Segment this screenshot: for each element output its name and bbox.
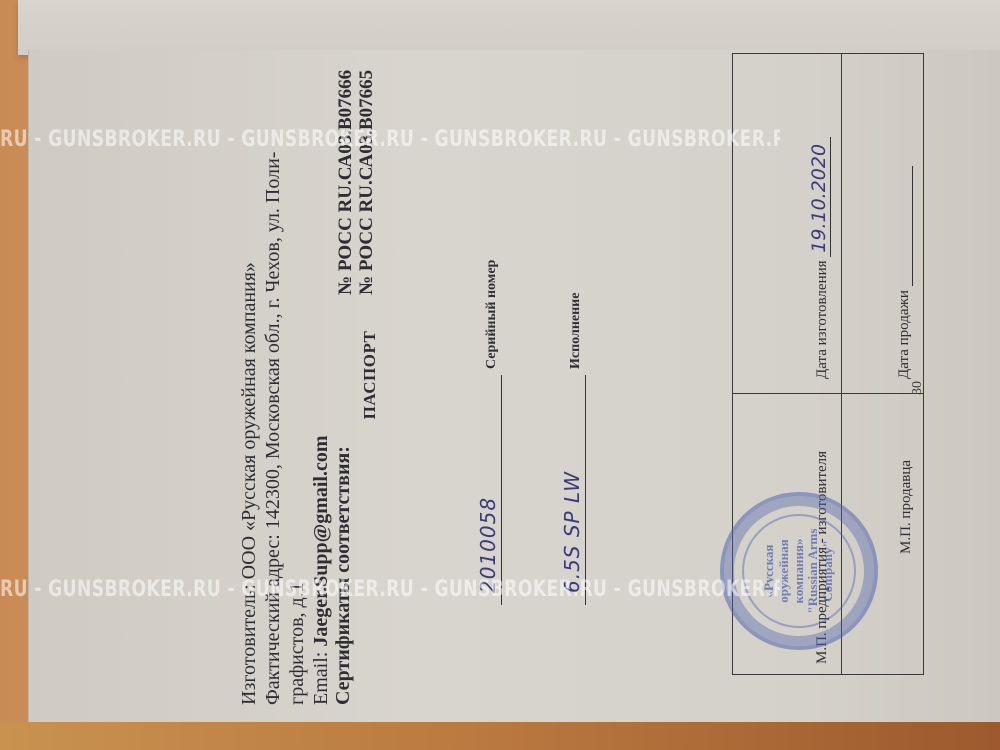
seal-inner-ring: «Русская оружейная компания» "Russian Ar… <box>742 514 856 628</box>
certificate-number: № РОСС RU.СА03.В07665 <box>356 70 378 295</box>
email-value: Jaeger.Supp@gmail.com <box>310 435 332 646</box>
serial-number-field: 2010058 Серийный номер <box>478 185 502 605</box>
watermark-text: RU - GUNSBROKER.RU - GUNSBROKER.RU - GUN… <box>0 577 780 602</box>
mfg-date-cell: Дата изготовления 19.10.2020 <box>733 54 842 393</box>
mfg-date-field: Дата изготовления 19.10.2020 <box>814 137 831 379</box>
company-seal-stamp: «Русская оружейная компания» "Russian Ar… <box>720 492 878 650</box>
watermark-text: RU - GUNSBROKER.RU - GUNSBROKER.RU - GUN… <box>0 127 780 152</box>
seal-text: "Russian Arms <box>806 529 821 614</box>
page-number: 30 <box>910 381 926 395</box>
sale-date-line <box>896 166 913 286</box>
mfg-date-label: Дата изготовления <box>814 260 830 379</box>
email-label: Email: <box>310 647 332 705</box>
manufacturer-line: Изготовитель: ООО «Русская оружейная ком… <box>238 262 261 705</box>
underline <box>501 375 502 605</box>
certificates-label: Сертификаты соответствия: <box>332 446 355 705</box>
seal-text: Company" <box>821 540 836 601</box>
variant-value: 6.5S SP LW <box>560 471 584 593</box>
mfg-date-line: 19.10.2020 <box>814 137 831 257</box>
underline <box>585 375 586 605</box>
variant-field: 6.5S SP LW Исполнение <box>562 185 586 605</box>
certificate-number: № РОСС RU.СА03.В07666 <box>335 70 357 295</box>
email-line: Email: Jaeger.Supp@gmail.com <box>310 435 333 705</box>
sale-date-cell: Дата продажи <box>842 54 923 393</box>
serial-number-label: Серийный номер <box>484 260 500 369</box>
mfg-date-value: 19.10.2020 <box>808 144 830 253</box>
sale-date-field: Дата продажи <box>896 166 913 379</box>
table-surface <box>0 722 1000 750</box>
address-line: Фактический адрес: 142300, Московская об… <box>262 152 285 705</box>
seller-stamp-label: М.П. продавца <box>898 460 915 554</box>
seal-text: компания» <box>792 539 807 604</box>
variant-label: Исполнение <box>568 293 584 369</box>
sale-date-label: Дата продажи <box>896 290 912 379</box>
